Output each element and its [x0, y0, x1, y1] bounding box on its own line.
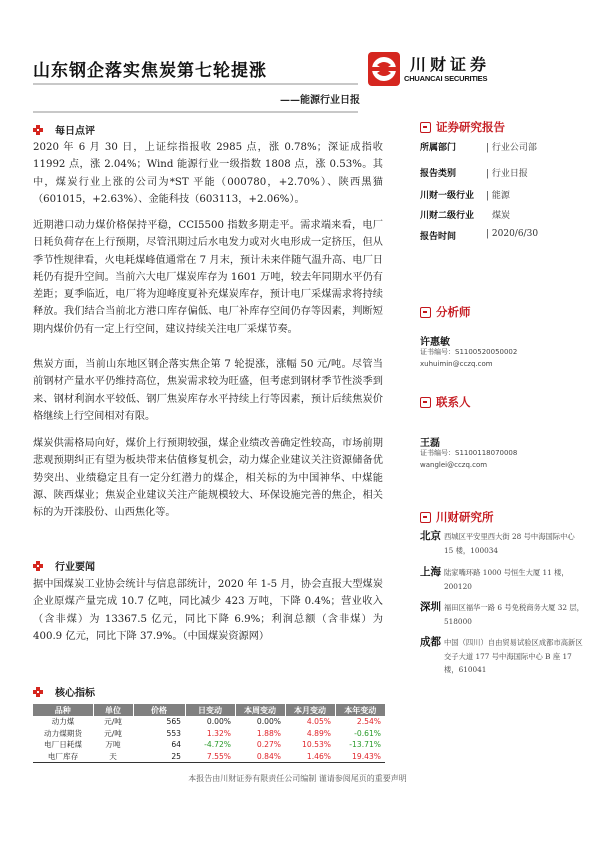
- contact-name: 王磊: [420, 434, 440, 449]
- cell-week-change: 0.27%: [235, 739, 285, 751]
- office-city-beijing: 北京: [420, 528, 441, 543]
- meta-row-level2-industry: 川财二级行业 煤炭: [420, 208, 510, 221]
- office-city-shanghai: 上海: [420, 564, 441, 579]
- cell-month-change: 4.05%: [285, 716, 335, 728]
- cell-price: 553: [133, 728, 185, 740]
- cell-day-change: 7.55%: [185, 751, 235, 763]
- cell-year-change: 19.43%: [335, 751, 385, 763]
- cell-name: 电厂日耗煤: [33, 739, 93, 751]
- footer-disclaimer: 本报告由川财证券有限责任公司编制 谨请参阅尾页的重要声明: [0, 773, 595, 784]
- sidebar-heading-analyst: 分析师: [420, 304, 471, 320]
- cell-price: 25: [133, 751, 185, 763]
- cell-day-change: -4.72%: [185, 739, 235, 751]
- company-logo: 川财证券 CHUANCAI SECURITIES: [368, 52, 548, 88]
- office-address-chengdu: 中国（四川）自由贸易试验区成都市高新区交子大道 177 号中海国际中心 B 座 …: [444, 636, 584, 677]
- paragraph: 近期港口动力煤价格保持平稳，CCI5500 指数多期走平。需求端来看，电厂日耗负…: [33, 217, 383, 338]
- cell-unit: 天: [93, 751, 133, 763]
- table-row: 电厂库存 天 25 7.55% 0.84% 1.46% 19.43%: [33, 751, 385, 763]
- cell-week-change: 0.00%: [235, 716, 285, 728]
- meta-row-department: 所属部门 | 行业公司部: [420, 140, 537, 153]
- paragraph: 焦炭方面，当前山东地区钢企落实焦企第 7 轮提涨，涨幅 50 元/吨。尽管当前钢…: [33, 356, 383, 425]
- sidebar-heading-report: 证券研究报告: [420, 119, 505, 135]
- title-divider: [33, 83, 358, 85]
- meta-row-category: 报告类别 | 行业日报: [420, 166, 528, 179]
- paragraph: 煤炭供需格局向好，煤价上行预期较强，煤企业绩改善确定性较高，市场前期悲观预期纠正…: [33, 435, 383, 521]
- institute-icon: [420, 512, 431, 523]
- sidebar-heading-institute: 川财研究所: [420, 509, 494, 525]
- diamond-bullet-icon: [33, 561, 43, 571]
- logo-english-name: CHUANCAI SECURITIES: [404, 74, 487, 83]
- subtitle-divider: [33, 111, 358, 113]
- meta-row-report-date: 报告时间 | 2020/6/30: [420, 229, 538, 242]
- table-header-row: 品种 单位 价格 日变动 本周变动 本月变动 本年变动: [33, 704, 385, 716]
- column-header: 单位: [93, 704, 133, 716]
- column-header: 价格: [133, 704, 185, 716]
- cell-week-change: 0.84%: [235, 751, 285, 763]
- meta-row-level1-industry: 川财一级行业 | 能源: [420, 188, 510, 201]
- contact-email[interactable]: wanglei@cczq.com: [420, 461, 487, 469]
- section-heading-core-indicators: 核心指标: [33, 684, 95, 699]
- cell-day-change: 1.32%: [185, 728, 235, 740]
- contact-license: 证书编号：S1100118070008: [420, 448, 517, 458]
- cell-unit: 元/吨: [93, 728, 133, 740]
- office-address-shanghai: 陆家嘴环路 1000 号恒生大厦 11 楼，200120: [444, 566, 584, 593]
- analyst-email[interactable]: xuhuimin@cczq.com: [420, 360, 493, 368]
- cell-price: 64: [133, 739, 185, 751]
- cell-name: 动力煤: [33, 716, 93, 728]
- cell-year-change: 2.54%: [335, 716, 385, 728]
- office-city-chengdu: 成都: [420, 634, 441, 649]
- paragraph: 2020 年 6 月 30 日，上证综指报收 2985 点，涨 0.78%；深证…: [33, 139, 383, 208]
- cell-name: 动力煤期货: [33, 728, 93, 740]
- cell-month-change: 1.46%: [285, 751, 335, 763]
- logo-chinese-name: 川财证券: [410, 52, 490, 75]
- paragraph: 据中国煤炭工业协会统计与信息部统计，2020 年 1-5 月，协会直报大型煤炭企…: [33, 576, 383, 645]
- analyst-name: 许惠敏: [420, 333, 450, 348]
- column-header: 本年变动: [335, 704, 385, 716]
- cell-unit: 万吨: [93, 739, 133, 751]
- analyst-license: 证书编号：S1100520050002: [420, 347, 517, 357]
- cell-week-change: 1.88%: [235, 728, 285, 740]
- cell-unit: 元/吨: [93, 716, 133, 728]
- office-address-shenzhen: 福田区福华一路 6 号免税商务大厦 32 层，518000: [444, 601, 584, 628]
- cell-year-change: -0.61%: [335, 728, 385, 740]
- cell-day-change: 0.00%: [185, 716, 235, 728]
- sidebar-heading-contact: 联系人: [420, 394, 471, 410]
- cell-month-change: 10.53%: [285, 739, 335, 751]
- diamond-bullet-icon: [33, 125, 43, 135]
- core-indicators-table: 品种 单位 价格 日变动 本周变动 本月变动 本年变动 动力煤 元/吨 565 …: [33, 704, 385, 763]
- column-header: 本周变动: [235, 704, 285, 716]
- table-row: 电厂日耗煤 万吨 64 -4.72% 0.27% 10.53% -13.71%: [33, 739, 385, 751]
- analyst-icon: [420, 307, 431, 318]
- column-header: 日变动: [185, 704, 235, 716]
- office-city-shenzhen: 深圳: [420, 599, 441, 614]
- section-heading-industry-news: 行业要闻: [33, 558, 95, 573]
- office-address-beijing: 西城区平安里西大街 28 号中海国际中心 15 楼，100034: [444, 530, 584, 557]
- cell-price: 565: [133, 716, 185, 728]
- column-header: 品种: [33, 704, 93, 716]
- report-icon: [420, 122, 431, 133]
- diamond-bullet-icon: [33, 687, 43, 697]
- column-header: 本月变动: [285, 704, 335, 716]
- cell-name: 电厂库存: [33, 751, 93, 763]
- contact-icon: [420, 397, 431, 408]
- cell-year-change: -13.71%: [335, 739, 385, 751]
- section-heading-daily-comment: 每日点评: [33, 122, 95, 137]
- table-row: 动力煤期货 元/吨 553 1.32% 1.88% 4.89% -0.61%: [33, 728, 385, 740]
- report-subtitle: ——能源行业日报: [280, 91, 360, 106]
- cell-month-change: 4.89%: [285, 728, 335, 740]
- logo-mark-icon: [368, 52, 400, 86]
- report-title: 山东钢企落实焦炭第七轮提涨: [33, 56, 267, 81]
- table-row: 动力煤 元/吨 565 0.00% 0.00% 4.05% 2.54%: [33, 716, 385, 728]
